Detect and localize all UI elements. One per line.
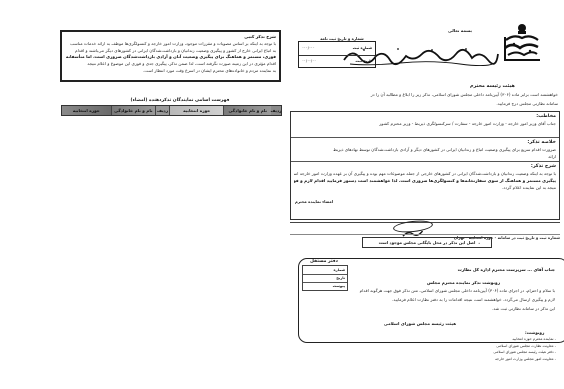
- column-header: ردیف: [271, 106, 281, 115]
- description-line: با توجه به اینکه وضعیت زندانیان و بازداش…: [294, 170, 556, 177]
- summary-line: ضرورت اقدام سریع برای پیگیری وضعیت اتباع…: [294, 146, 556, 153]
- reply-line: لازم و پیگیری ارسال می‌گردد. خواهشمند اس…: [302, 296, 555, 303]
- reference-row-value: ۰۰۰/۰۰۰: [302, 46, 315, 50]
- reply-recipient: جناب آقای ... سرپرست محترم اداره کل نظار…: [390, 266, 555, 273]
- description-line: نتیجه به این نماینده اعلام گردد.: [294, 184, 556, 191]
- reference-row-label: شماره ثبت: [353, 46, 372, 50]
- note-title: شرح تذکر کتبی: [65, 34, 276, 41]
- cc-title: رونوشت:: [525, 330, 544, 335]
- reference-box: شماره ثبت ۰۰۰/۰۰۰ تاریخ ثبت ۰۰/۰۰/۰۰: [298, 41, 376, 68]
- addressee-section: مخاطب: جناب آقای وزیر امور خارجه - وزارت…: [291, 112, 559, 137]
- dot-mark: •: [478, 241, 480, 246]
- reference-row-number: شماره ثبت ۰۰۰/۰۰۰: [299, 42, 375, 55]
- column-header: نام و نام خانوادگی: [223, 106, 271, 115]
- cc-list: - نماینده محترم حوزه انتخابیه - معاونت ن…: [470, 336, 556, 362]
- note-line: با توجه به اینکه بر اساس مصوبات و مقررات…: [65, 41, 276, 48]
- divider: [290, 234, 560, 235]
- reply-line: با سلام و احترام، در اجرای ماده (۳۰۶) آی…: [302, 287, 555, 294]
- reference-row-value: ۰۰/۰۰/۰۰: [302, 59, 316, 63]
- note-box: شرح تذکر کتبی با توجه به اینکه بر اساس م…: [60, 30, 281, 82]
- summary-section: خلاصه تذکر: ضرورت اقدام سریع برای پیگیری…: [291, 137, 559, 161]
- members-table-header: ردیف نام و نام خانوادگی حوزه انتخابیه رد…: [61, 105, 282, 116]
- reply-subject: رونوشت تذکر نماینده محترم مجلس: [350, 279, 500, 286]
- description-signature-note: امضاء نماینده محترم: [295, 199, 333, 204]
- note-line: فوری، مستمر و هماهنگ برای پیگیری وضعیت آ…: [65, 54, 276, 61]
- emblem-icon: [500, 22, 544, 66]
- summary-heading: خلاصه تذکر:: [294, 139, 556, 146]
- greeting-line: سامانه نظارتی مجلس درج فرمایید.: [430, 100, 558, 107]
- memo-form: مخاطب: جناب آقای وزیر امور خارجه - وزارت…: [290, 111, 560, 220]
- summary-line: ارائه: [294, 153, 556, 160]
- greeting-line: خواهشمند است برابر ماده (۳۰۶) آیین‌نامه …: [290, 91, 558, 98]
- description-heading: شرح تذکر:: [294, 163, 556, 170]
- column-header: ردیف: [155, 106, 169, 115]
- cc-item: - معاونت امور مجلس وزارت امور خارجه: [470, 356, 556, 363]
- reply-signature: هیئت رئیسه مجلس شورای اسلامی: [360, 321, 480, 326]
- majlis-logo: [500, 22, 544, 66]
- note-line: به اتباع ایرانی خارج از کشور و پیگیری وض…: [65, 48, 276, 55]
- office-label: دفتر مستقل: [310, 259, 338, 264]
- addressee-heading: مخاطب:: [294, 113, 556, 120]
- column-header: حوزه انتخابیه: [169, 106, 223, 115]
- members-table-title: فهرست اسامی نمایندگان تذکردهنده (امضاء): [120, 98, 240, 103]
- column-header: نام و نام خانوادگی: [111, 106, 156, 115]
- office-row: تاریخ: [303, 274, 347, 282]
- note-line: اقدام مؤثری در این زمینه صورت نگرفته است…: [65, 61, 276, 68]
- greeting-title: هیئت رئیسه محترم: [470, 84, 515, 89]
- description-line: پیگیری مستمر و هماهنگ از سوی سفارتخانه‌ه…: [294, 177, 556, 184]
- archive-note-box: اصل این تذکر در محل بایگانی مجلس موجود ا…: [362, 237, 492, 248]
- reference-row-date: تاریخ ثبت ۰۰/۰۰/۰۰: [299, 55, 375, 68]
- reference-row-label: تاریخ ثبت: [355, 59, 372, 63]
- description-section: شرح تذکر: با توجه به اینکه وضعیت زندانیا…: [291, 161, 559, 209]
- column-header: حوزه انتخابیه: [62, 106, 111, 115]
- reply-line: این تذکر در سامانه نظارتی ثبت شد.: [302, 305, 555, 312]
- note-line: به نماینده مردم و خانواده‌های محترم ایشا…: [65, 68, 276, 75]
- bismillah-label: بسمه تعالی: [448, 28, 472, 33]
- office-row: شماره: [303, 266, 347, 274]
- addressee-text: جناب آقای وزیر امور خارجه - وزارت امور خ…: [294, 120, 556, 127]
